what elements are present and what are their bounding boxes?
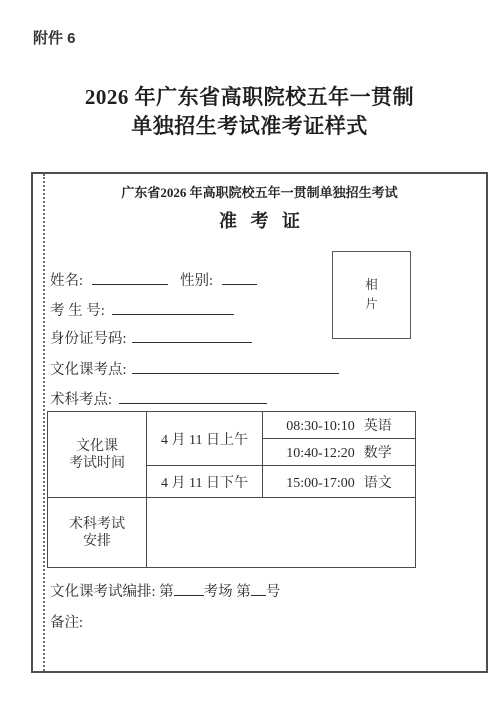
document-page: { "document": { "attachment": "附件 6", "t…: [0, 0, 499, 701]
attachment-label: 附件 6: [33, 27, 76, 48]
field-row-candidate-number: 考 生 号:: [50, 300, 234, 320]
cultural-exam-site-blank-line: [132, 359, 339, 374]
arts-exam-site-label: 术科考点:: [50, 392, 112, 408]
exam-schedule-table: 文化课 考试时间 4 月 11 日上午 08:30-10:10英语 10:40-…: [47, 411, 416, 568]
photo-label-line-1: 相: [365, 276, 378, 295]
id-number-label: 身份证号码:: [50, 331, 127, 347]
candidate-number-blank-line: [112, 300, 234, 315]
session-morning-cell: 4 月 11 日上午: [147, 412, 263, 466]
photo-placeholder-box: 相 片: [332, 251, 411, 339]
gender-label: 性别:: [180, 273, 213, 289]
exam-room-blank-line: [174, 581, 204, 596]
seating-arrangement-line: 文化课考试编排: 第考场 第号: [50, 580, 280, 601]
photo-label-line-2: 片: [365, 295, 378, 314]
arts-exam-header-line-1: 术科考试: [48, 516, 146, 533]
name-label: 姓名:: [50, 273, 83, 289]
session-afternoon-cell: 4 月 11 日下午: [147, 466, 263, 498]
field-row-arts-exam-site: 术科考点:: [50, 389, 267, 409]
slot-english-time: 08:30-10:10: [286, 419, 354, 434]
slot-chinese-cell: 15:00-17:00语文: [263, 466, 416, 498]
slot-math-cell: 10:40-12:20数学: [263, 439, 416, 466]
ticket-title: 准 考 证: [33, 207, 486, 233]
admission-ticket-card: 广东省2026 年高职院校五年一贯制单独招生考试 准 考 证 相 片 姓名:性别…: [31, 172, 488, 673]
candidate-number-label: 考 生 号:: [50, 303, 105, 319]
fold-cut-line: [43, 174, 45, 671]
id-number-blank-line: [132, 328, 252, 343]
seating-middle-label: 考场 第: [204, 584, 251, 600]
cultural-exam-time-header-line-2: 考试时间: [48, 455, 146, 472]
slot-math-time: 10:40-12:20: [286, 446, 354, 461]
remark-label: 备注:: [50, 611, 83, 632]
arts-exam-header-line-2: 安排: [48, 533, 146, 550]
cultural-exam-time-header-line-1: 文化课: [48, 438, 146, 455]
document-title-line-2: 单独招生考试准考证样式: [0, 112, 499, 141]
field-row-cultural-exam-site: 文化课考点:: [50, 359, 339, 379]
slot-math-subject: 数学: [364, 446, 392, 461]
seating-prefix-label: 文化课考试编排: 第: [50, 584, 174, 600]
slot-english-subject: 英语: [364, 419, 392, 434]
ticket-header: 广东省2026 年高职院校五年一贯制单独招生考试: [33, 182, 486, 201]
slot-chinese-time: 15:00-17:00: [286, 476, 354, 491]
field-row-id-number: 身份证号码:: [50, 328, 252, 348]
document-title-line-1: 2026 年广东省高职院校五年一贯制: [0, 83, 499, 112]
gender-blank-line: [222, 270, 257, 285]
document-title: 2026 年广东省高职院校五年一贯制 单独招生考试准考证样式: [0, 83, 499, 141]
arts-exam-site-blank-line: [119, 389, 267, 404]
arts-exam-header-cell: 术科考试 安排: [48, 498, 147, 568]
name-blank-line: [92, 270, 168, 285]
seating-suffix-label: 号: [266, 584, 281, 600]
cultural-exam-site-label: 文化课考点:: [50, 362, 127, 378]
field-row-name-gender: 姓名:性别:: [50, 270, 257, 290]
seat-number-blank-line: [251, 581, 266, 596]
arts-arrangement-empty-cell: [147, 498, 416, 568]
slot-chinese-subject: 语文: [364, 476, 392, 491]
cultural-exam-time-header-cell: 文化课 考试时间: [48, 412, 147, 498]
slot-english-cell: 08:30-10:10英语: [263, 412, 416, 439]
